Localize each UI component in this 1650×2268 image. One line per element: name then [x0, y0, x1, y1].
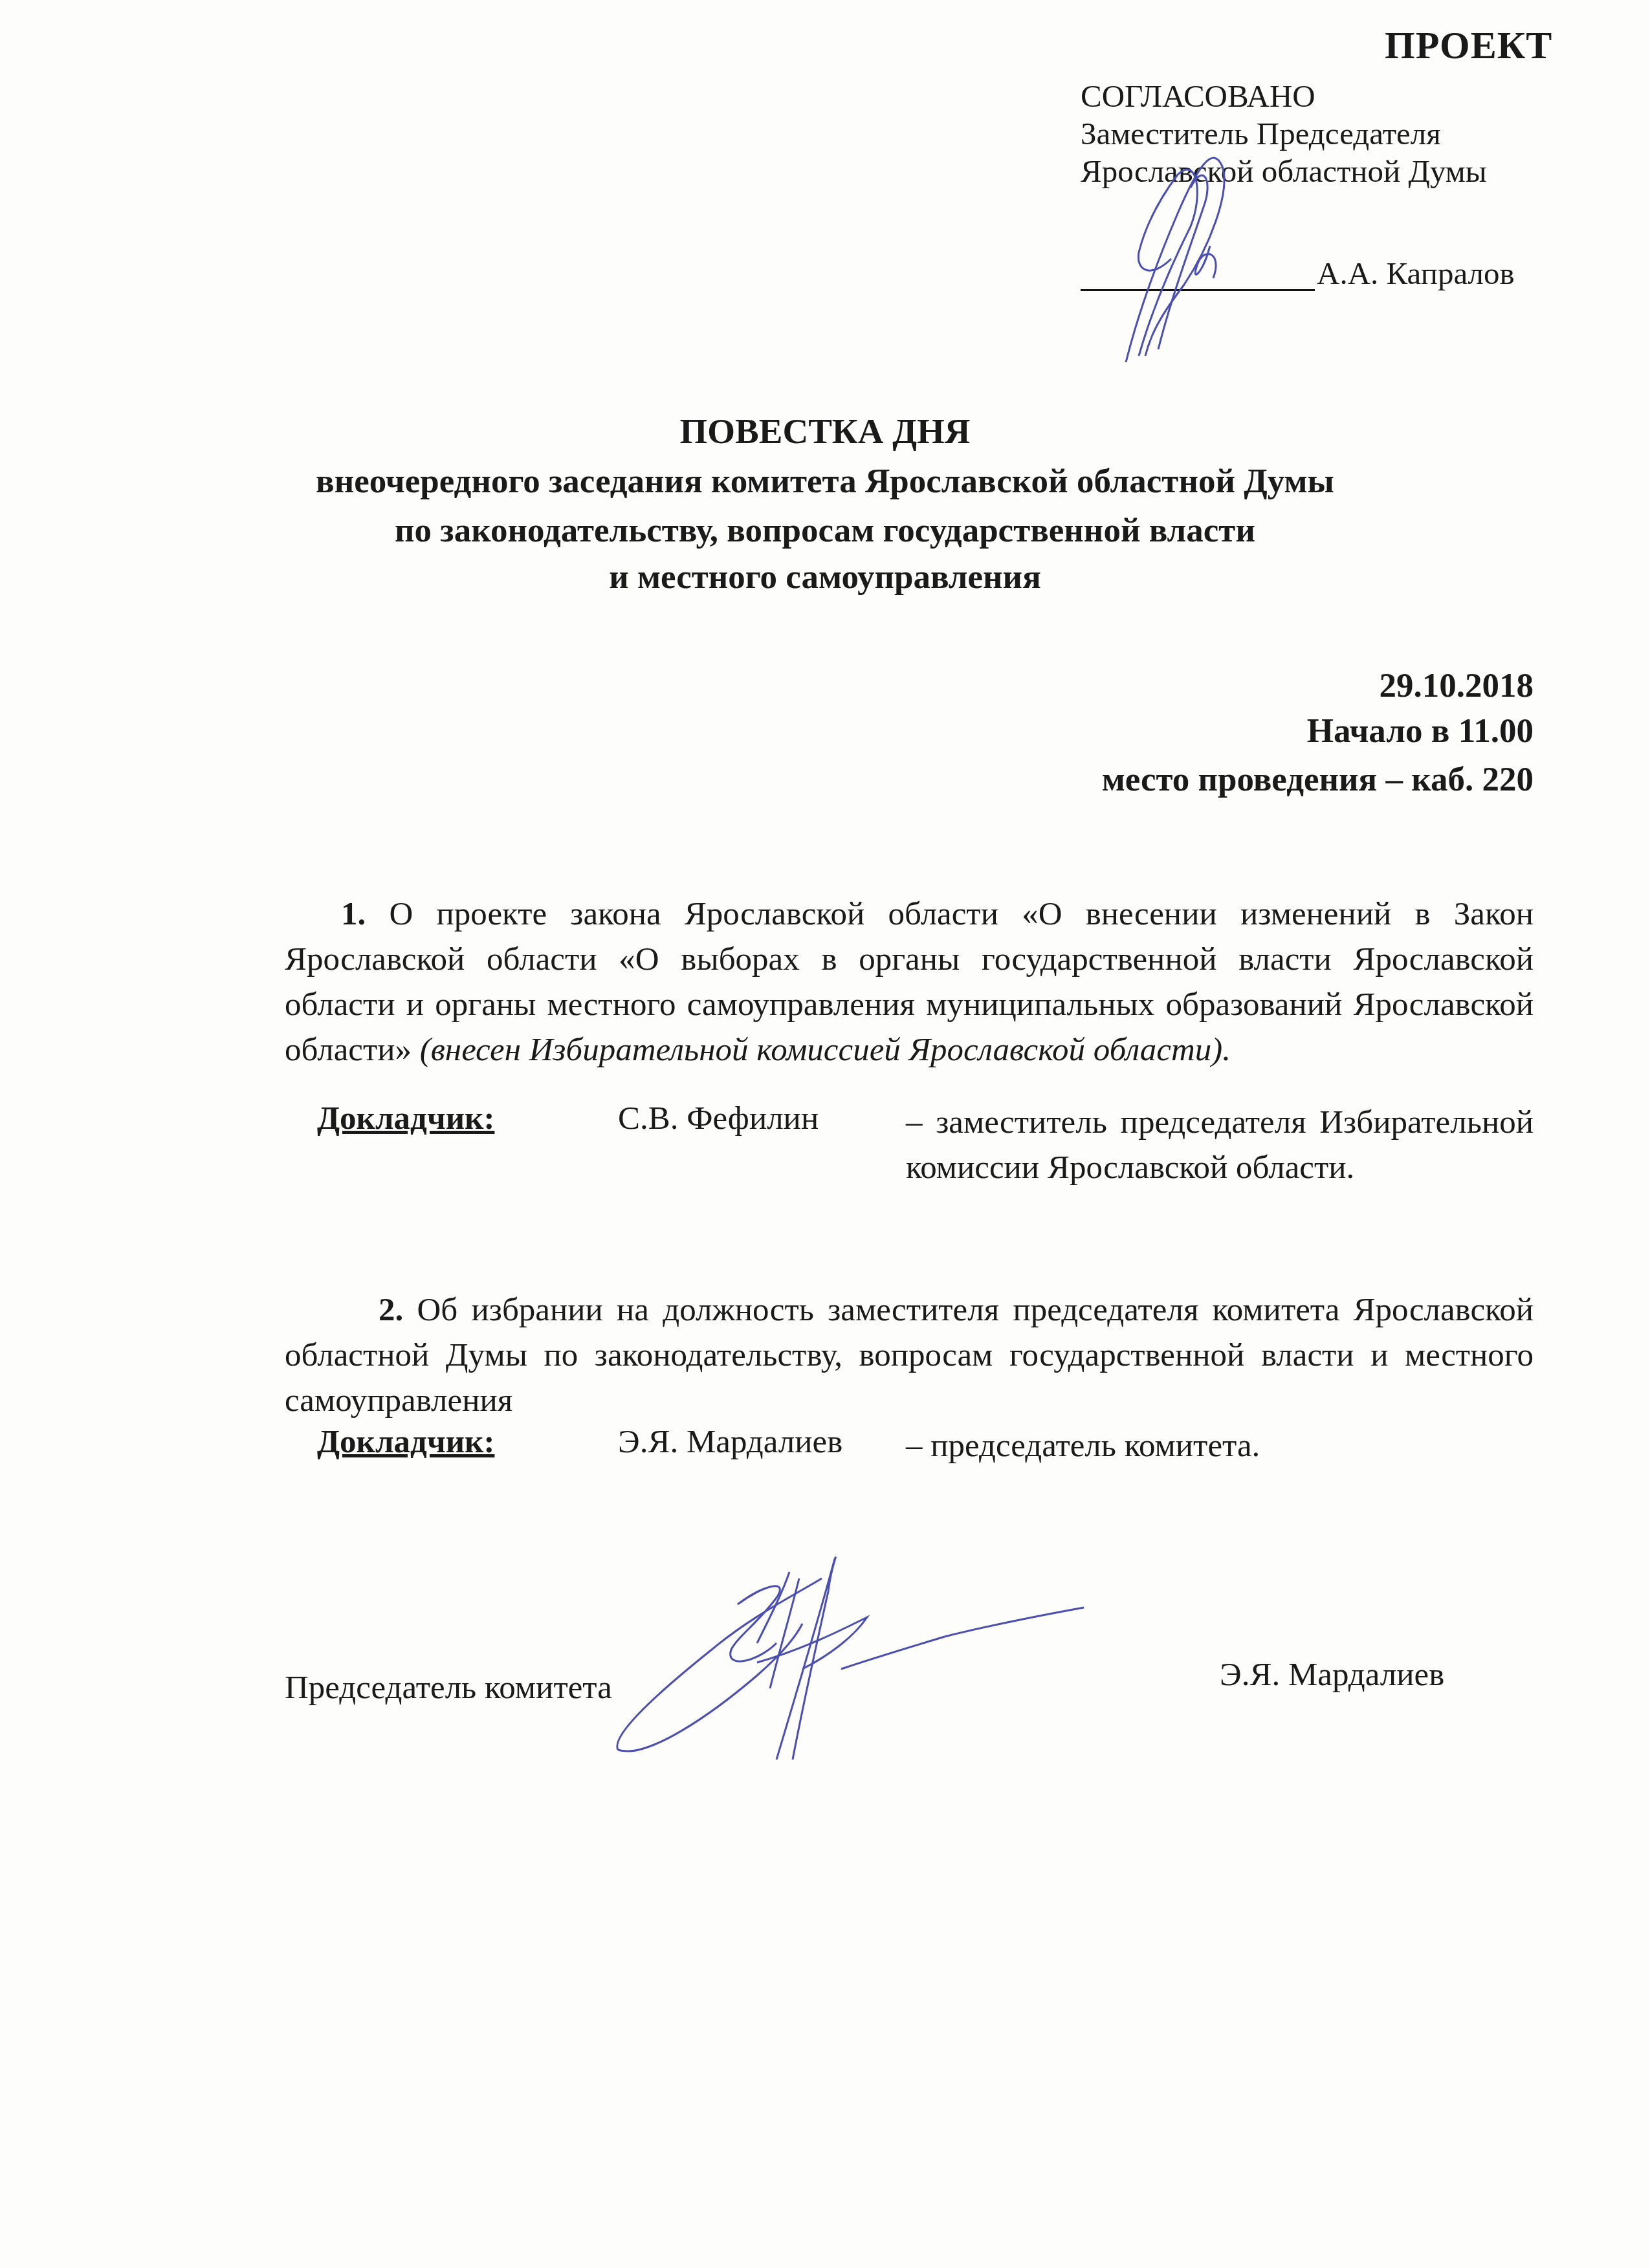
speaker-role: – заместитель председателя Избирательной…: [906, 1100, 1534, 1190]
approver-name: А.А. Капралов: [1317, 255, 1515, 292]
meeting-date: 29.10.2018: [1380, 666, 1534, 705]
agenda-item-1: 1. О проекте закона Ярославской области …: [285, 891, 1534, 1073]
meeting-place: место проведения – каб. 220: [1102, 760, 1534, 799]
agenda-item-number: 2.: [379, 1292, 403, 1328]
speaker-name: Э.Я. Мардалиев: [618, 1423, 842, 1461]
chair-signature-icon: [608, 1553, 1087, 1772]
document-subtitle-1: внеочередного заседания комитета Ярослав…: [0, 462, 1650, 501]
document-title: ПОВЕСТКА ДНЯ: [0, 411, 1650, 452]
chair-name: Э.Я. Мардалиев: [1220, 1656, 1444, 1694]
document-subtitle-3: и местного самоуправления: [0, 558, 1650, 596]
speaker-role: – председатель комитета.: [906, 1423, 1260, 1468]
chair-position: Председатель комитета: [285, 1669, 612, 1706]
speaker-label: Докладчик:: [317, 1423, 494, 1461]
speaker-label: Докладчик:: [317, 1100, 494, 1137]
draft-stamp: ПРОЕКТ: [1385, 23, 1552, 68]
approver-signature-icon: [1100, 116, 1268, 369]
agenda-item-text: Об избрании на должность заместителя пре…: [285, 1292, 1534, 1419]
agenda-item-note: (внесен Избирательной комиссией Ярославс…: [420, 1032, 1231, 1068]
agenda-item-number: 1.: [341, 896, 366, 932]
meeting-start-time: Начало в 11.00: [1307, 712, 1534, 750]
approval-title: СОГЛАСОВАНО: [1081, 78, 1487, 115]
agenda-item-2: 2. Об избрании на должность заместителя …: [285, 1287, 1534, 1423]
document-subtitle-2: по законодательству, вопросам государств…: [0, 511, 1650, 550]
speaker-name: С.В. Фефилин: [618, 1100, 819, 1137]
